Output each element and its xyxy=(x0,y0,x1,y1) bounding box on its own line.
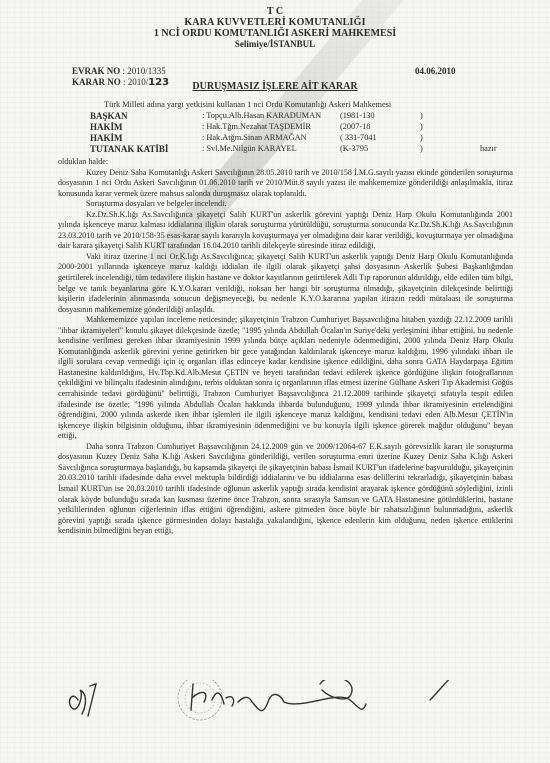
panel-name: : Hak.Tğm.Nezahat TAŞDEMİR xyxy=(202,122,311,131)
panel-close: ) xyxy=(420,144,423,153)
panel-sicil: ( 331-7041 xyxy=(340,133,377,142)
scanned-document-page: T C KARA KUVVETLERİ KOMUTANLIĞI 1 NCİ OR… xyxy=(0,0,550,763)
panel-sicil: (2007-18 xyxy=(340,122,370,131)
signatures-icon xyxy=(0,680,550,740)
panel-name: : Hak.Atğm.Sinan ARMAĞAN xyxy=(202,133,307,142)
panel-close: ) xyxy=(420,133,423,142)
header-command: KARA KUVVETLERİ KOMUTANLIĞI xyxy=(0,17,550,28)
court-panel: BAŞKAN : Topçu.Alb.Hasan KARADUMAN (1981… xyxy=(90,111,510,155)
evrak-value: : 2010/1335 xyxy=(123,66,166,76)
panel-role: BAŞKAN xyxy=(90,111,128,121)
panel-row: BAŞKAN : Topçu.Alb.Hasan KARADUMAN (1981… xyxy=(90,111,510,122)
body-paragraph: Mahkememizce yapılan inceleme neticesind… xyxy=(58,315,513,442)
panel-row: TUTANAK KATİBİ : Svl.Me.Nilgün KARAYEL (… xyxy=(90,144,510,155)
evrak-no: EVRAK NO : 2010/1335 xyxy=(72,66,166,76)
signatures-area xyxy=(0,680,550,740)
panel-present: hazır xyxy=(480,144,497,153)
panel-row: HAKİM : Hak.Atğm.Sinan ARMAĞAN ( 331-704… xyxy=(90,133,510,144)
document-title: DURUŞMASIZ İŞLERE AİT KARAR xyxy=(0,81,550,92)
panel-row: HAKİM : Hak.Tğm.Nezahat TAŞDEMİR (2007-1… xyxy=(90,122,510,133)
body-paragraph: Kz.Dz.Sh.K.lığı As.Savcılığınca şikayetç… xyxy=(58,210,513,252)
panel-sicil: (1981-130 xyxy=(340,111,375,120)
panel-close: ) xyxy=(420,122,423,131)
intro-line: Türk Milleti adına yargı yetkisini kulla… xyxy=(104,100,391,109)
body-paragraph: Kuzey Deniz Saha Komutanlığı Askeri Savc… xyxy=(58,168,513,200)
panel-role: HAKİM xyxy=(90,122,123,132)
body-paragraph: Vaki itiraz üzerine 1 nci Or.K.lığı As.S… xyxy=(58,252,513,315)
evrak-label: EVRAK NO xyxy=(72,66,120,76)
panel-close: ) xyxy=(420,111,423,120)
body-paragraph: Soruşturma dosyaları ve belgeler incelen… xyxy=(58,199,513,210)
panel-role: HAKİM xyxy=(90,133,123,143)
panel-role: TUTANAK KATİBİ xyxy=(90,144,168,154)
panel-name: : Topçu.Alb.Hasan KARADUMAN xyxy=(202,111,321,120)
panel-name: : Svl.Me.Nilgün KARAYEL xyxy=(202,144,297,153)
panel-sicil: (K-3795 xyxy=(340,144,368,153)
header-location: Selimiye/İSTANBUL xyxy=(0,39,550,49)
header-tc: T C xyxy=(0,6,550,17)
header-court: 1 NCİ ORDU KOMUTANLIĞI ASKERİ MAHKEMESİ xyxy=(0,28,550,39)
document-date: 04.06.2010 xyxy=(415,66,456,76)
body-paragraph: Daha sonra Trabzon Cumhuriyet Başsavcılı… xyxy=(58,442,513,537)
document-body: olduklan halde: Kuzey Deniz Saha Komutan… xyxy=(58,157,513,537)
body-paragraph: olduklan halde: xyxy=(58,157,513,168)
